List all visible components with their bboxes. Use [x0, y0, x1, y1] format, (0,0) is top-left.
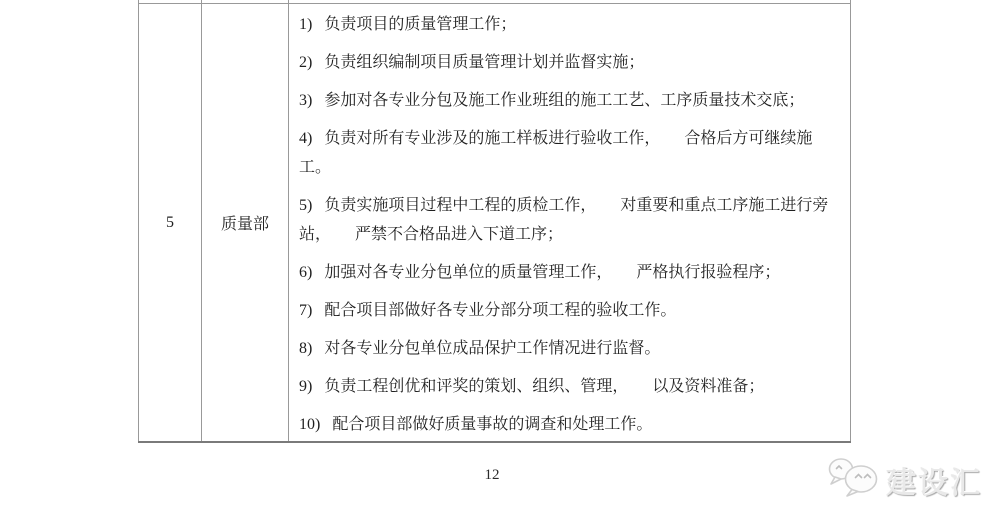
watermark-text: 建设汇 — [886, 458, 982, 502]
department-name: 质量部 — [221, 211, 269, 234]
document-page: 5 质量部 1)负责项目的质量管理工作； 2)负责组织编制项目质量管理计划并监督… — [0, 0, 984, 520]
page-number: 12 — [457, 467, 527, 484]
duty-item: 5)负责实施项目过程中工程的质检工作， 对重要和重点工序施工进行旁站， 严禁不合… — [299, 191, 844, 249]
duty-text: 配合项目部做好各专业分部分项工程的验收工作。 — [324, 302, 676, 319]
duty-item: 8)对各专业分包单位成品保护工作情况进行监督。 — [299, 334, 844, 363]
duty-number: 3) — [299, 92, 312, 109]
responsibility-table: 5 质量部 1)负责项目的质量管理工作； 2)负责组织编制项目质量管理计划并监督… — [138, 0, 851, 443]
duty-item: 10)配合项目部做好质量事故的调查和处理工作。 — [299, 410, 844, 439]
table-bottom-border — [138, 441, 851, 443]
duty-number: 6) — [299, 264, 312, 281]
duty-text: 配合项目部做好质量事故的调查和处理工作。 — [332, 416, 652, 433]
department-cell: 质量部 — [202, 4, 288, 441]
duty-item: 3)参加对各专业分包及施工作业班组的施工工艺、工序质量技术交底； — [299, 86, 844, 115]
duty-item: 6)加强对各专业分包单位的质量管理工作， 严格执行报验程序； — [299, 258, 844, 287]
duty-text: 负责项目的质量管理工作； — [324, 16, 516, 33]
wechat-chat-bubbles-icon — [826, 456, 882, 503]
duty-text: 负责对所有专业涉及的施工样板进行验收工作， 合格后方可继续施工。 — [299, 130, 812, 176]
duty-text: 加强对各专业分包单位的质量管理工作， 严格执行报验程序； — [324, 264, 780, 281]
duty-text: 负责组织编制项目质量管理计划并监督实施； — [324, 54, 644, 71]
duty-text: 负责实施项目过程中工程的质检工作， 对重要和重点工序施工进行旁站， 严禁不合格品… — [299, 197, 828, 243]
duty-text: 对各专业分包单位成品保护工作情况进行监督。 — [324, 340, 660, 357]
table-right-border — [850, 0, 851, 443]
duties-cell: 1)负责项目的质量管理工作； 2)负责组织编制项目质量管理计划并监督实施； 3)… — [289, 4, 850, 441]
duty-item: 9)负责工程创优和评奖的策划、组织、管理， 以及资料准备； — [299, 372, 844, 401]
watermark-logo: 建设汇 — [826, 456, 982, 503]
duty-item: 7)配合项目部做好各专业分部分项工程的验收工作。 — [299, 296, 844, 325]
duty-item: 1)负责项目的质量管理工作； — [299, 10, 844, 39]
duty-number: 1) — [299, 16, 312, 33]
duty-text: 参加对各专业分包及施工作业班组的施工工艺、工序质量技术交底； — [324, 92, 804, 109]
row-number: 5 — [166, 214, 174, 232]
duty-number: 8) — [299, 340, 312, 357]
duty-number: 7) — [299, 302, 312, 319]
duty-number: 4) — [299, 130, 312, 147]
duty-item: 2)负责组织编制项目质量管理计划并监督实施； — [299, 48, 844, 77]
duty-text: 负责工程创优和评奖的策划、组织、管理， 以及资料准备； — [324, 378, 764, 395]
row-number-cell: 5 — [139, 4, 201, 441]
duty-number: 9) — [299, 378, 312, 395]
duty-number: 10) — [299, 416, 320, 433]
duty-number: 2) — [299, 54, 312, 71]
duty-item: 4)负责对所有专业涉及的施工样板进行验收工作， 合格后方可继续施工。 — [299, 124, 844, 182]
duty-number: 5) — [299, 197, 312, 214]
